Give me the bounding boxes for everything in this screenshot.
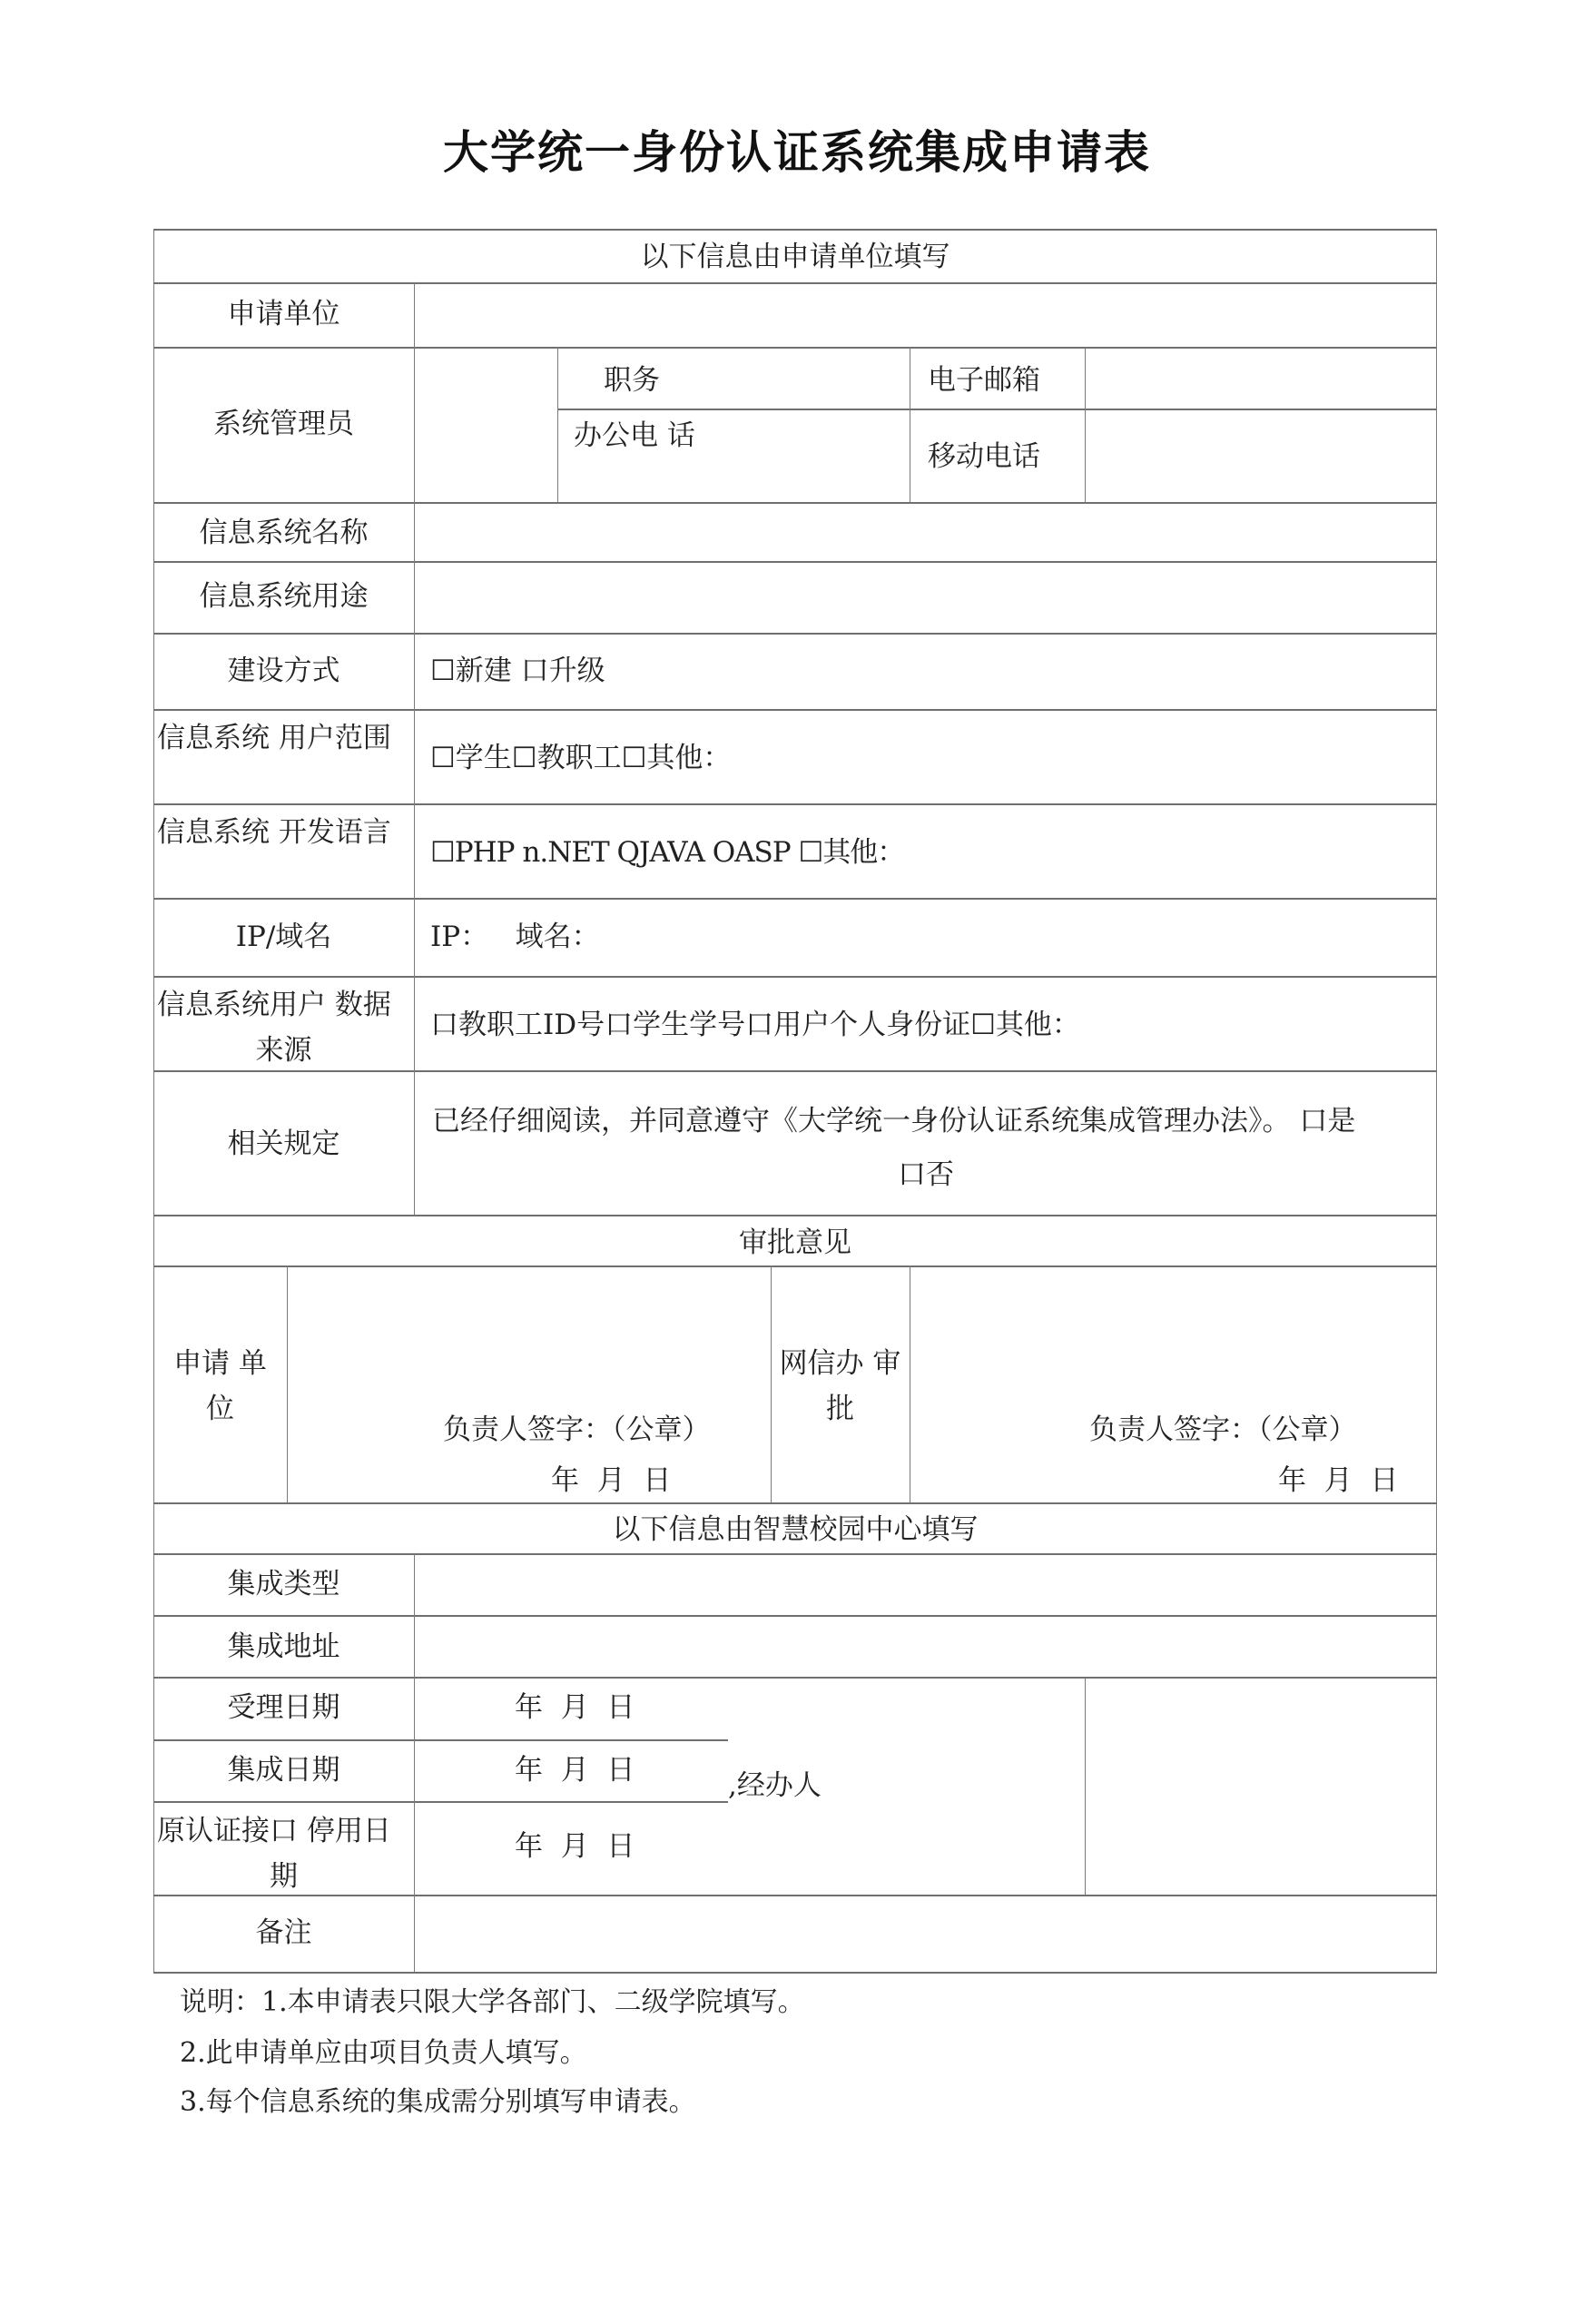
- col-line: [1085, 347, 1086, 502]
- remarks-field[interactable]: [416, 1896, 1434, 1971]
- label-user-data-source-2: 来源: [153, 1035, 414, 1066]
- col-line: [557, 347, 558, 502]
- row-line: [153, 976, 1437, 978]
- handler-field[interactable]: [1087, 1679, 1435, 1894]
- row-line: [153, 229, 1437, 231]
- ip-domain-field[interactable]: IP： 域名：: [430, 921, 600, 952]
- applicant-unit-field[interactable]: [416, 284, 1434, 346]
- integration-address-field[interactable]: [416, 1617, 1434, 1676]
- note-2: 2.此申请单应由项目负责人填写。: [180, 2030, 587, 2070]
- label-approval-unit-2: 位: [153, 1393, 287, 1424]
- dev-lang-checkboxes[interactable]: ☐PHP n.NET QJAVA OASP ☐其他：: [430, 837, 904, 868]
- col-line: [1085, 1677, 1086, 1895]
- office-signature-label: 负责人签字：（公章）: [1089, 1414, 1357, 1445]
- table-border-right: [1436, 229, 1437, 1972]
- label-ip-domain: IP/域名: [153, 921, 414, 952]
- row-line: [153, 633, 1437, 635]
- label-approval-unit: 申请 单: [153, 1348, 287, 1379]
- col-line: [910, 1265, 910, 1502]
- row-line: [153, 1070, 1437, 1072]
- row-line: [153, 898, 1437, 900]
- applicant-unit-approval-area[interactable]: [289, 1267, 770, 1502]
- label-applicant-unit: 申请单位: [153, 299, 414, 330]
- col-line: [771, 1265, 772, 1502]
- label-user-scope: 信息系统 用户范围: [157, 723, 391, 753]
- label-accept-date: 受理日期: [153, 1692, 414, 1723]
- label-approval-office-2: 批: [771, 1393, 910, 1424]
- accept-date-field[interactable]: 年 月 日: [515, 1692, 635, 1723]
- office-date-label: 年 月 日: [1278, 1465, 1398, 1496]
- build-mode-checkboxes[interactable]: ☐新建 口升级: [430, 655, 605, 686]
- integration-type-field[interactable]: [416, 1555, 1434, 1614]
- label-integration-type: 集成类型: [153, 1569, 414, 1600]
- col-line: [414, 282, 415, 1215]
- label-position: 职务: [604, 365, 660, 396]
- label-user-data-source: 信息系统用户 数据: [157, 990, 391, 1020]
- sys-name-field[interactable]: [416, 504, 1434, 560]
- row-line: [153, 709, 1437, 711]
- label-sys-admin: 系统管理员: [153, 409, 414, 439]
- sys-purpose-field[interactable]: [416, 563, 1434, 632]
- label-email: 电子邮箱: [928, 365, 1040, 396]
- applicant-signature-label: 负责人签字：（公章）: [443, 1414, 711, 1445]
- table-border-bottom: [153, 1972, 1437, 1974]
- label-remarks: 备注: [153, 1917, 414, 1948]
- label-dev-lang: 信息系统 开发语言: [157, 817, 391, 848]
- label-integration-date: 集成日期: [153, 1755, 414, 1786]
- email-field[interactable]: [1087, 349, 1435, 408]
- label-old-interface-stop-date-2: 期: [153, 1861, 414, 1892]
- label-office-phone: 办公电 话: [574, 420, 695, 451]
- section-header-approval: 审批意见: [153, 1227, 1437, 1258]
- note-3: 3.每个信息系统的集成需分别填写申请表。: [180, 2079, 696, 2119]
- row-line: [153, 1801, 728, 1803]
- applicant-date-label: 年 月 日: [551, 1465, 671, 1496]
- mobile-field[interactable]: [1087, 410, 1435, 501]
- col-line: [910, 347, 910, 502]
- label-old-interface-stop-date: 原认证接口 停用日: [157, 1816, 391, 1846]
- regulations-agree-text[interactable]: 已经仔细阅读，并同意遵守《大学统一身份认证系统集成管理办法》。 口是: [432, 1106, 1355, 1137]
- handler-label: ,经办人: [728, 1770, 822, 1801]
- label-approval-office: 网信办 审: [771, 1348, 910, 1379]
- label-build-mode: 建设方式: [153, 655, 414, 686]
- row-line: [153, 803, 1437, 805]
- row-line: [153, 1215, 1437, 1216]
- sys-admin-name-field[interactable]: [416, 349, 556, 501]
- label-sys-purpose: 信息系统用途: [153, 581, 414, 612]
- note-1: 说明：1.本申请表只限大学各部门、二级学院填写。: [180, 1979, 805, 2019]
- user-data-source-checkboxes[interactable]: 口教职工ID号口学生学号口用户个人身份证☐其他：: [430, 1009, 1080, 1040]
- col-line: [287, 1265, 288, 1502]
- col-line: [414, 1553, 415, 1972]
- label-integration-address: 集成地址: [153, 1631, 414, 1662]
- regulations-no-option[interactable]: 口否: [416, 1159, 1436, 1190]
- row-line: [153, 1502, 1437, 1504]
- section-header-applicant: 以下信息由申请单位填写: [153, 241, 1437, 272]
- user-scope-checkboxes[interactable]: ☐学生☐教职工☐其他：: [430, 743, 731, 773]
- integration-date-field[interactable]: 年 月 日: [515, 1755, 635, 1786]
- page-title: 大学统一身份认证系统集成申请表: [0, 116, 1594, 182]
- section-header-center: 以下信息由智慧校园中心填写: [153, 1514, 1437, 1545]
- label-regulations: 相关规定: [153, 1128, 414, 1159]
- label-mobile: 移动电话: [928, 441, 1040, 472]
- label-sys-name: 信息系统名称: [153, 517, 414, 548]
- row-line: [153, 1739, 728, 1741]
- old-interface-stop-date-field[interactable]: 年 月 日: [515, 1831, 635, 1862]
